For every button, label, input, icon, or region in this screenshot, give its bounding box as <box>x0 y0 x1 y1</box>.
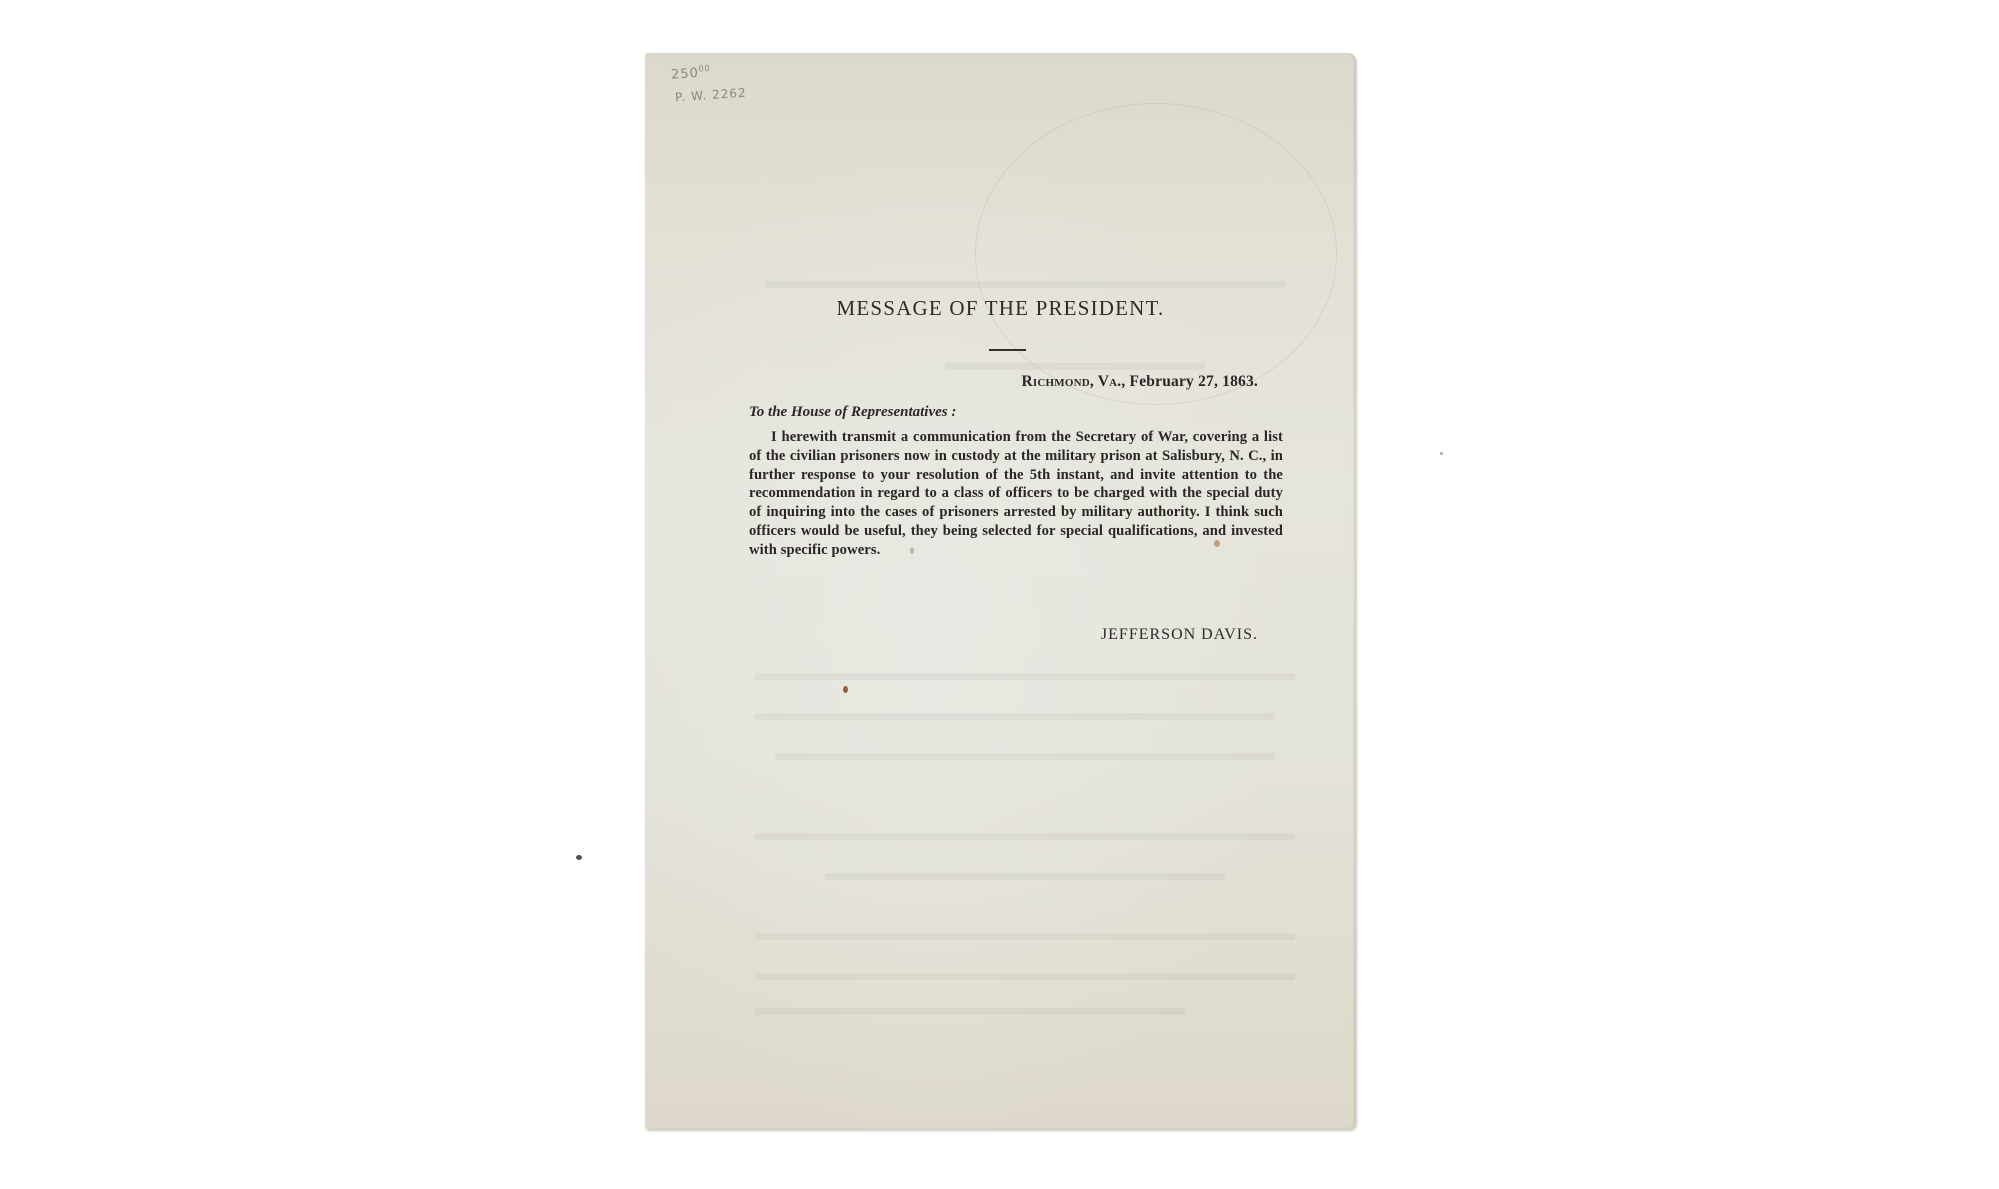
message-body: I herewith transmit a communication from… <box>749 428 1283 560</box>
bleed-through-text <box>755 673 1295 680</box>
bleed-through-text <box>755 973 1295 980</box>
dateline: Richmond, Va., February 27, 1863. <box>1022 373 1259 391</box>
bleed-through-text <box>755 833 1295 840</box>
dateline-date: February 27, 1863. <box>1130 373 1258 390</box>
title-rule <box>989 349 1026 351</box>
bleed-through-text <box>825 873 1225 880</box>
pencil-reference-note: P. W. 2262 <box>675 86 747 105</box>
document-page: 25000 P. W. 2262 MESSAGE OF THE PRESIDEN… <box>645 53 1356 1129</box>
bleed-through-text <box>755 713 1275 720</box>
bleed-through-text <box>775 753 1275 760</box>
bleed-through-text <box>765 281 1285 288</box>
pencil-price-note: 25000 <box>670 64 711 83</box>
foxing-spot <box>910 547 914 554</box>
signature: JEFFERSON DAVIS. <box>1101 626 1258 644</box>
bleed-through-text <box>755 1008 1185 1015</box>
salutation: To the House of Representatives : <box>749 404 956 421</box>
foxing-spot <box>843 686 848 693</box>
bleed-through-text <box>945 363 1205 370</box>
dateline-place: Richmond, Va., <box>1022 373 1126 390</box>
photo-stage: 25000 P. W. 2262 MESSAGE OF THE PRESIDEN… <box>0 0 1999 1189</box>
foxing-spot <box>1214 540 1220 547</box>
background-speck <box>1440 452 1443 455</box>
bleed-through-seal <box>975 103 1337 405</box>
document-title: MESSAGE OF THE PRESIDENT. <box>645 296 1356 321</box>
background-speck <box>576 855 582 860</box>
bleed-through-text <box>755 933 1295 940</box>
